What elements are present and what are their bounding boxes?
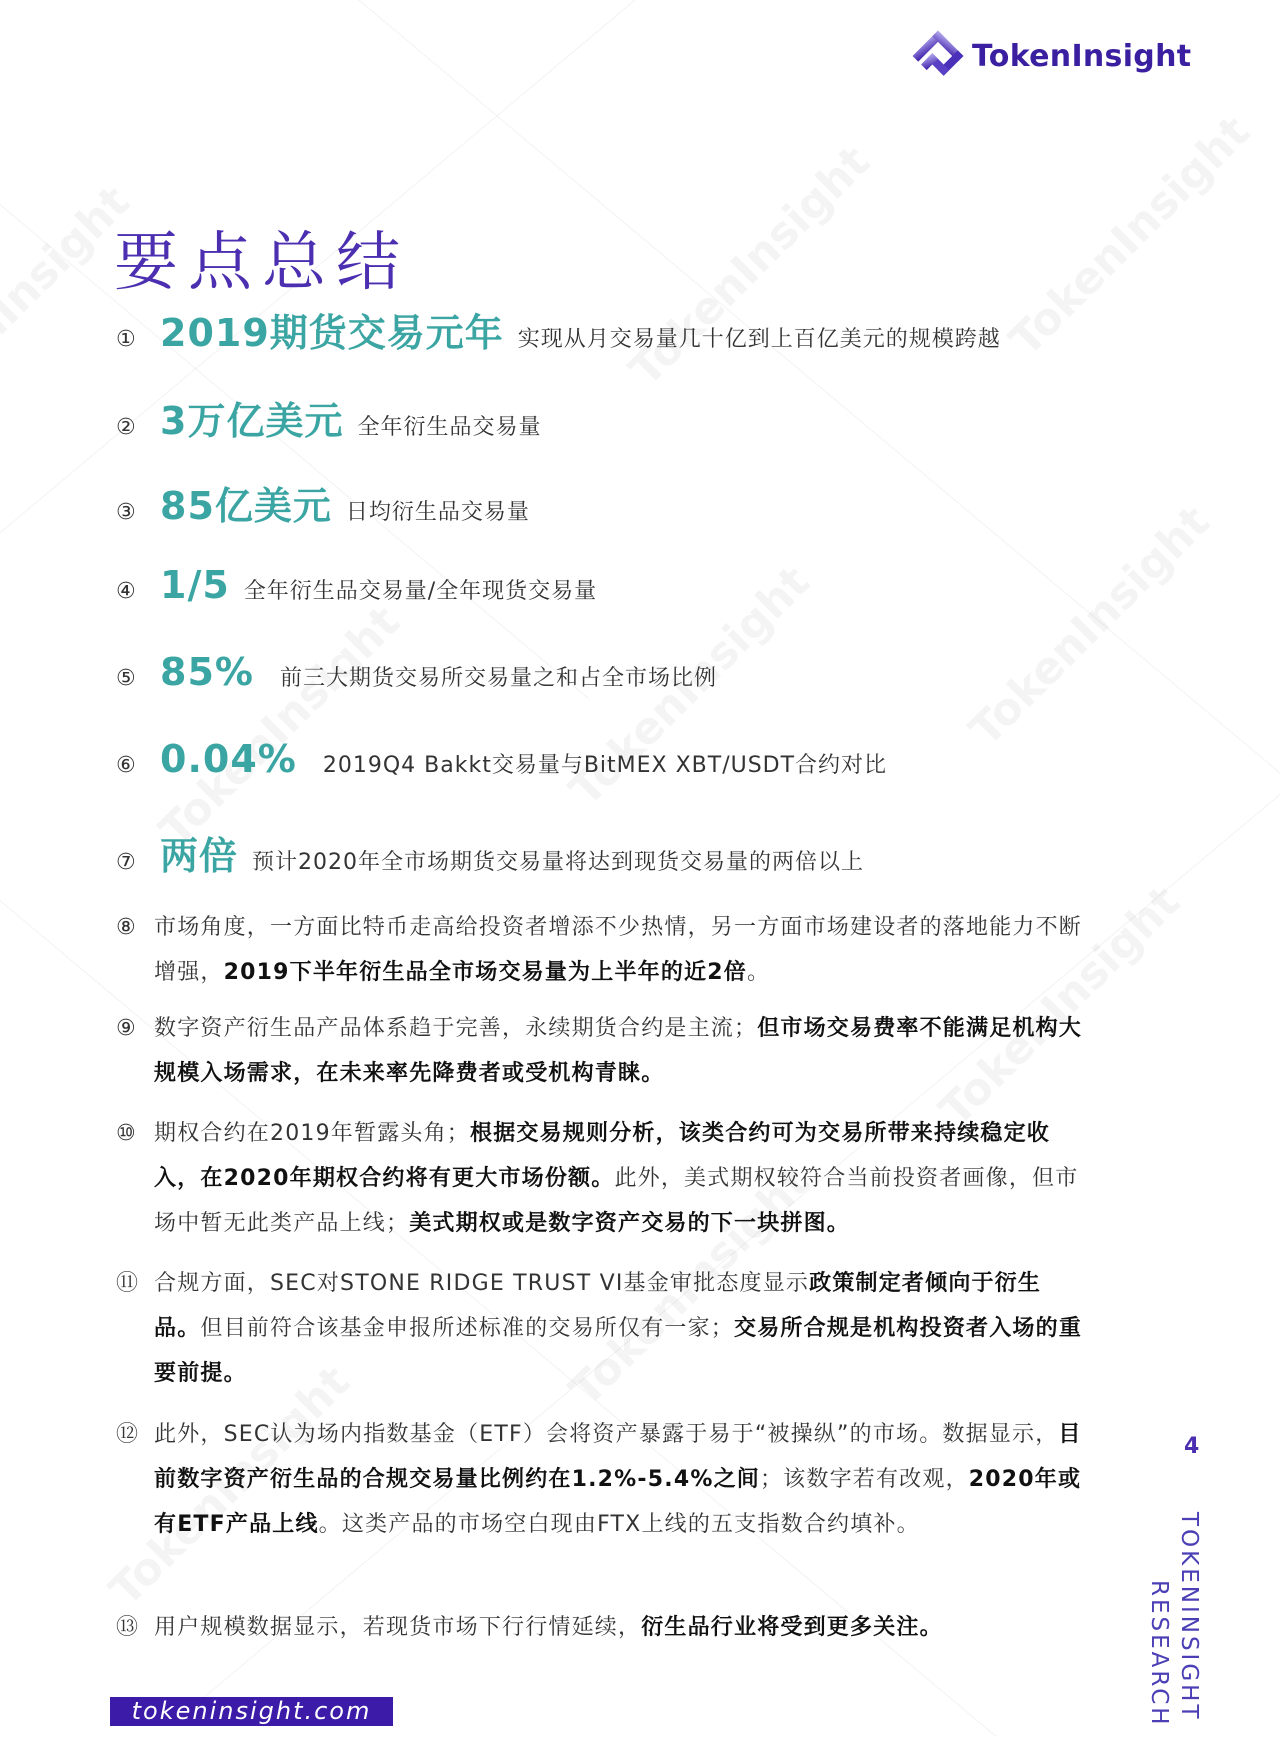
tokeninsight-logo-icon: [910, 28, 966, 84]
watermark-text: TokenInsight: [620, 136, 880, 396]
bold-segment: 美式期权或是数字资产交易的下一块拼图。: [409, 1211, 850, 1236]
text-segment: 。这类产品的市场空白现由FTX上线的五支指数合约填补。: [319, 1512, 920, 1537]
key-point: ③ 85亿美元 日均衍生品交易量: [116, 475, 530, 530]
text-segment: 但目前符合该基金申报所述标准的交易所仅有一家；: [200, 1316, 734, 1341]
paragraph-text: 合规方面，SEC对STONE RIDGE TRUST VI基金审批态度显示政策制…: [154, 1261, 1086, 1396]
item-number: ⑦: [116, 850, 160, 875]
bold-segment: 衍生品行业将受到更多关注。: [641, 1615, 943, 1640]
text-segment: 期权合约在2019年暂露头角；: [154, 1121, 470, 1146]
key-point: ⑥ 0.04% 2019Q4 Bakkt交易量与BitMEX XBT/USDT合…: [116, 737, 887, 781]
item-number: ⑬: [116, 1605, 139, 1650]
summary-paragraph: ⑨ 数字资产衍生品产品体系趋于完善，永续期货合约是主流；但市场交易费率不能满足机…: [116, 1006, 1086, 1096]
item-number: ⑤: [116, 666, 160, 691]
summary-paragraph: ⑬ 用户规模数据显示，若现货市场下行行情延续，衍生品行业将受到更多关注。: [116, 1605, 1086, 1650]
key-point: ① 2019期货交易元年 实现从月交易量几十亿到上百亿美元的规模跨越: [116, 302, 1001, 357]
key-figure: 0.04%: [160, 737, 297, 781]
summary-paragraph: ⑪ 合规方面，SEC对STONE RIDGE TRUST VI基金审批态度显示政…: [116, 1261, 1086, 1396]
paragraph-text: 此外，SEC认为场内指数基金（ETF）会将资产暴露于易于“被操纵”的市场。数据显…: [154, 1412, 1086, 1547]
page-number: 4: [1184, 1434, 1199, 1459]
text-segment: 此外，SEC认为场内指数基金（ETF）会将资产暴露于易于“被操纵”的市场。数据显…: [154, 1422, 1058, 1447]
key-point: ⑤ 85% 前三大期货交易所交易量之和占全市场比例: [116, 650, 717, 694]
summary-paragraph: ⑩ 期权合约在2019年暂露头角；根据交易规则分析，该类合约可为交易所带来持续稳…: [116, 1111, 1086, 1246]
summary-paragraph: ⑧ 市场角度，一方面比特币走高给投资者增添不少热情，另一方面市场建设者的落地能力…: [116, 905, 1086, 995]
item-number: ④: [116, 579, 160, 604]
text-segment: 数字资产衍生品产品体系趋于完善，永续期货合约是主流；: [154, 1016, 757, 1041]
key-description: 2019Q4 Bakkt交易量与BitMEX XBT/USDT合约对比: [323, 748, 887, 779]
key-point: ⑦ 两倍 预计2020年全市场期货交易量将达到现货交易量的两倍以上: [116, 825, 864, 880]
key-figure: 2019期货交易元年: [160, 302, 504, 357]
page-title: 要点总结: [114, 211, 410, 303]
summary-paragraph: ⑫ 此外，SEC认为场内指数基金（ETF）会将资产暴露于易于“被操纵”的市场。数…: [116, 1412, 1086, 1547]
watermark-text: TokenInsight: [960, 496, 1220, 756]
item-number: ⑥: [116, 753, 160, 778]
key-description: 预计2020年全市场期货交易量将达到现货交易量的两倍以上: [252, 845, 864, 876]
side-label-research: RESEARCH: [1146, 1580, 1172, 1728]
watermark-text: TokenInsight: [150, 596, 410, 856]
key-figure: 3万亿美元: [160, 390, 343, 445]
key-point: ④ 1/5 全年衍生品交易量/全年现货交易量: [116, 563, 597, 607]
website-link[interactable]: tokeninsight.com: [110, 1697, 393, 1726]
item-number: ⑫: [116, 1412, 139, 1457]
brand-name: TokenInsight: [972, 39, 1191, 74]
key-figure: 85亿美元: [160, 475, 332, 530]
text-segment: 合规方面，SEC对STONE RIDGE TRUST VI基金审批态度显示: [154, 1271, 809, 1296]
item-number: ⑨: [116, 1006, 137, 1051]
key-description: 全年衍生品交易量/全年现货交易量: [244, 574, 597, 605]
key-description: 前三大期货交易所交易量之和占全市场比例: [280, 661, 717, 692]
key-figure: 两倍: [160, 825, 238, 880]
key-description: 日均衍生品交易量: [346, 495, 530, 526]
text-segment: 。: [747, 960, 770, 985]
paragraph-text: 用户规模数据显示，若现货市场下行行情延续，衍生品行业将受到更多关注。: [154, 1605, 1086, 1650]
key-description: 实现从月交易量几十亿到上百亿美元的规模跨越: [518, 322, 1001, 353]
key-figure: 1/5: [160, 563, 230, 607]
item-number: ②: [116, 415, 160, 440]
item-number: ⑩: [116, 1111, 137, 1156]
item-number: ③: [116, 500, 160, 525]
brand-logo: TokenInsight: [910, 28, 1191, 84]
text-segment: 用户规模数据显示，若现货市场下行行情延续，: [154, 1615, 641, 1640]
key-figure: 85%: [160, 650, 254, 694]
bold-segment: 2019下半年衍生品全市场交易量为上半年的近2倍: [224, 960, 747, 985]
item-number: ⑪: [116, 1261, 139, 1306]
item-number: ⑧: [116, 905, 137, 950]
key-point: ② 3万亿美元 全年衍生品交易量: [116, 390, 541, 445]
paragraph-text: 期权合约在2019年暂露头角；根据交易规则分析，该类合约可为交易所带来持续稳定收…: [154, 1111, 1086, 1246]
paragraph-text: 市场角度，一方面比特币走高给投资者增添不少热情，另一方面市场建设者的落地能力不断…: [154, 905, 1086, 995]
watermark-text: TokenInsight: [1000, 106, 1260, 366]
side-label-brand: TOKENINSIGHT: [1176, 1512, 1202, 1722]
key-description: 全年衍生品交易量: [357, 410, 541, 441]
text-segment: ；该数字若有改观，: [760, 1467, 969, 1492]
paragraph-text: 数字资产衍生品产品体系趋于完善，永续期货合约是主流；但市场交易费率不能满足机构大…: [154, 1006, 1086, 1096]
item-number: ①: [116, 327, 160, 352]
